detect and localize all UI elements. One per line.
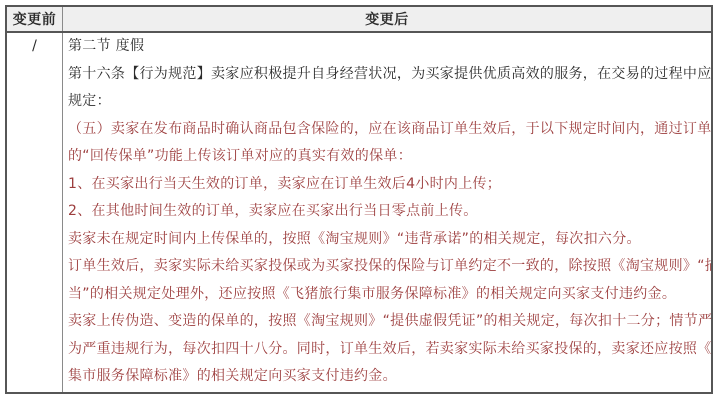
- column-header-before-change: 变更前: [7, 7, 63, 31]
- text-line: 为严重违规行为，每次扣四十八分。同时，订单生效后，若卖家实际未给买家投保的，卖家…: [68, 336, 707, 364]
- after-change-cell: 第二节 度假第十六条【行为规范】卖家应积极提升自身经营状况，为买家提供优质高效的…: [63, 33, 711, 392]
- text-line: 的“回传保单”功能上传该订单对应的真实有效的保单：: [68, 143, 707, 171]
- text-line: 1、在买家出行当天生效的订单，卖家应在订单生效后4小时内上传；: [68, 171, 707, 199]
- text-line: 第二节 度假: [68, 33, 707, 61]
- text-line: 规定：: [68, 88, 707, 116]
- text-line: 2、在其他时间生效的订单，卖家应在买家出行当日零点前上传。: [68, 198, 707, 226]
- text-line: 卖家上传伪造、变造的保单的，按照《淘宝规则》“提供虚假凭证”的相关规定，每次扣十…: [68, 308, 707, 336]
- change-comparison-table: 变更前 变更后 / 第二节 度假第十六条【行为规范】卖家应积极提升自身经营状况，…: [5, 5, 713, 394]
- column-header-after-change: 变更后: [63, 7, 711, 31]
- text-line: （五）卖家在发布商品时确认商品包含保险的，应在该商品订单生效后，于以下规定时间内…: [68, 116, 707, 144]
- text-line: 当”的相关规定处理外，还应按照《飞猪旅行集市服务保障标准》的相关规定向买家支付违…: [68, 281, 707, 309]
- table-body-row: / 第二节 度假第十六条【行为规范】卖家应积极提升自身经营状况，为买家提供优质高…: [7, 33, 711, 392]
- table-header-row: 变更前 变更后: [7, 7, 711, 33]
- text-line: 卖家未在规定时间内上传保单的，按照《淘宝规则》“违背承诺”的相关规定，每次扣六分…: [68, 226, 707, 254]
- text-line: 订单生效后，卖家实际未给买家投保或为买家投保的保险与订单约定不一致的，除按照《淘…: [68, 253, 707, 281]
- before-change-cell: /: [7, 33, 63, 392]
- text-line: 第十六条【行为规范】卖家应积极提升自身经营状况，为买家提供优质高效的服务，在交易…: [68, 61, 707, 89]
- text-line: 集市服务保障标准》的相关规定向买家支付违约金。: [68, 363, 707, 391]
